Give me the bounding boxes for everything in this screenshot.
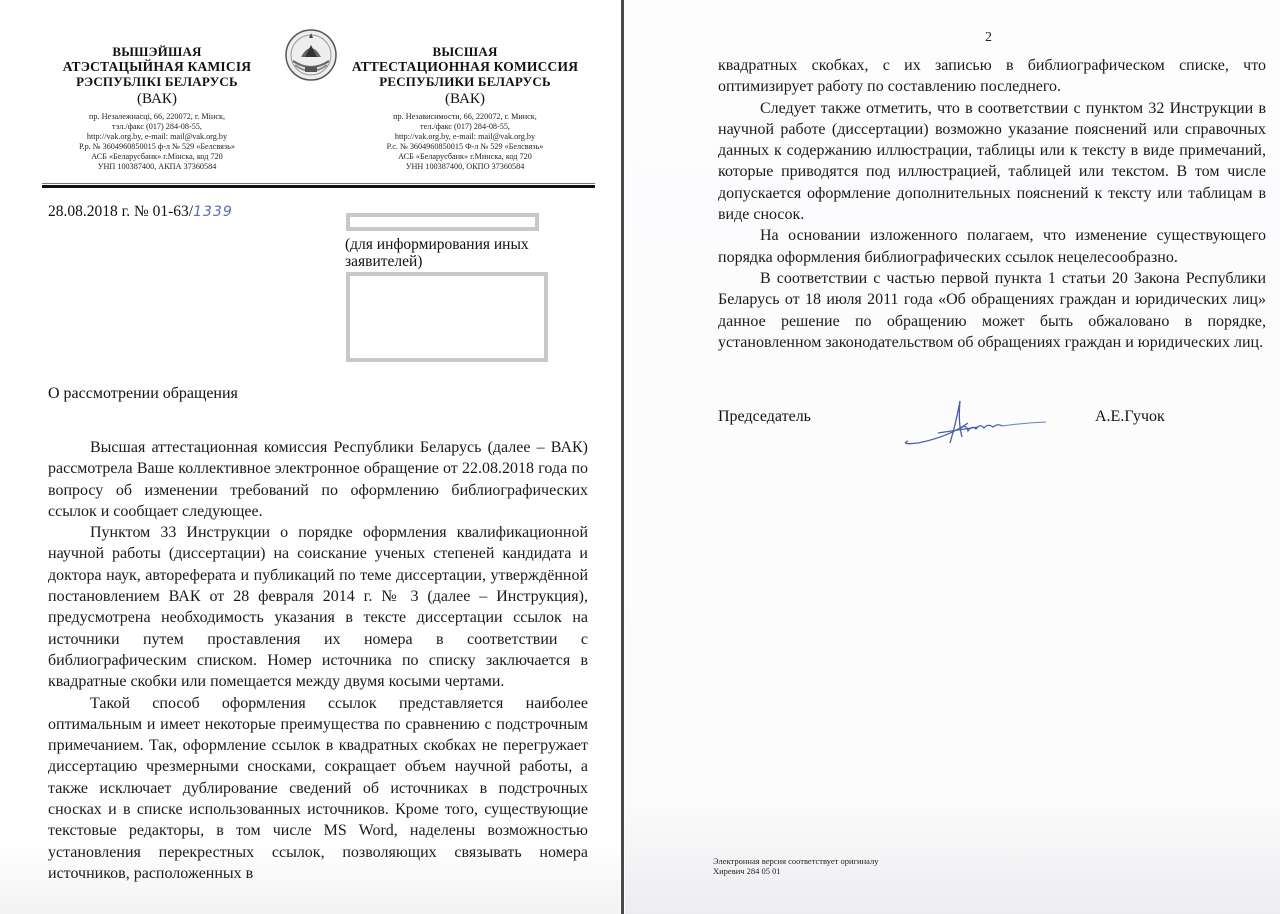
letterhead-detail-line: пр. Незалежнасці, 66, 220072, г. Мінск, bbox=[42, 112, 272, 122]
page-number: 2 bbox=[985, 30, 992, 46]
signatory-name: А.Е.Гучок bbox=[1095, 408, 1165, 426]
letter-body-page-2: квадратных скобках, с их записью в библи… bbox=[718, 55, 1266, 353]
letterhead-title-line: АТТЕСТАЦИОННАЯ КОМИССИЯ bbox=[340, 59, 590, 74]
reference-handwritten-number: 1339 bbox=[193, 204, 233, 220]
letterhead-detail-line: АСБ «Беларусбанк» г.Минска, код 720 bbox=[340, 152, 590, 162]
footer-line: Хиревич 284 05 01 bbox=[713, 866, 878, 876]
letterhead-details: пр. Незалежнасці, 66, 220072, г. Мінск, … bbox=[42, 112, 272, 172]
letterhead-rule bbox=[42, 185, 595, 188]
letterhead-detail-line: http://vak.org.by, e-mail: mail@vak.org.… bbox=[340, 132, 590, 142]
letterhead-title-line: РЕСПУБЛИКИ БЕЛАРУСЬ bbox=[340, 74, 590, 89]
footer-note: Электронная версия соответствует оригина… bbox=[713, 856, 878, 876]
body-paragraph: Пунктом 33 Инструкции о порядке оформлен… bbox=[48, 522, 588, 692]
letterhead-detail-line: АСБ «Беларусбанк» г.Мінска, код 720 bbox=[42, 152, 272, 162]
body-paragraph: В соответствии с частью первой пункта 1 … bbox=[718, 268, 1266, 353]
letterhead-detail-line: УНП 100387400, АКПА 37360584 bbox=[42, 162, 272, 172]
letterhead-detail-line: пр. Независимости, 66, 220072, г. Минск, bbox=[340, 112, 590, 122]
state-emblem-icon bbox=[283, 27, 339, 83]
letterhead-russian: ВЫСШАЯ АТТЕСТАЦИОННАЯ КОМИССИЯ РЕСПУБЛИК… bbox=[340, 44, 590, 172]
letter-body-page-1: Высшая аттестационная комиссия Республик… bbox=[48, 437, 588, 884]
body-paragraph: На основании изложенного полагаем, что и… bbox=[718, 225, 1266, 268]
letterhead-detail-line: тел./факс (017) 284-08-55, bbox=[340, 122, 590, 132]
page-divider bbox=[621, 0, 624, 914]
footer-line: Электронная версия соответствует оригина… bbox=[713, 856, 878, 866]
letterhead-belarusian: ВЫШЭЙШАЯ АТЭСТАЦЫЙНАЯ КАМІСІЯ РЭСПУБЛІКІ… bbox=[42, 44, 272, 172]
signature-block: Председатель А.Е.Гучок bbox=[718, 405, 1278, 455]
letterhead-title-line: ВЫШЭЙШАЯ bbox=[42, 44, 272, 59]
letterhead-title-line: АТЭСТАЦЫЙНАЯ КАМІСІЯ bbox=[42, 59, 272, 74]
body-paragraph-continuation: квадратных скобках, с их записью в библи… bbox=[718, 55, 1266, 98]
signatory-title: Председатель bbox=[718, 408, 811, 426]
redacted-addressee-address bbox=[346, 272, 548, 362]
letterhead-rule-thin bbox=[42, 183, 595, 184]
handwritten-signature-icon bbox=[898, 393, 1048, 453]
letterhead-detail-line: тэл./факс (017) 284-08-55, bbox=[42, 122, 272, 132]
letterhead-abbr: (ВАК) bbox=[42, 90, 272, 108]
letterhead-detail-line: УНН 100387400, ОКПО 37360584 bbox=[340, 162, 590, 172]
letterhead-details: пр. Независимости, 66, 220072, г. Минск,… bbox=[340, 112, 590, 172]
reference-number: 28.08.2018 г. № 01-63/1339 bbox=[48, 203, 233, 221]
letter-page-1: ВЫШЭЙШАЯ АТЭСТАЦЫЙНАЯ КАМІСІЯ РЭСПУБЛІКІ… bbox=[0, 0, 620, 914]
body-paragraph: Следует также отметить, что в соответств… bbox=[718, 98, 1266, 226]
letterhead-detail-line: Р.с. № 3604960850015 Ф-л № 529 «Белсвязь… bbox=[340, 142, 590, 152]
addressee-note: (для информирования иных заявителей) bbox=[345, 236, 565, 270]
letter-subject: О рассмотрении обращения bbox=[48, 385, 238, 403]
reference-printed: 28.08.2018 г. № 01-63/ bbox=[48, 203, 193, 220]
letterhead-detail-line: Р.р. № 3604960850015 ф-л № 529 «Белсвязь… bbox=[42, 142, 272, 152]
letterhead-title-line: РЭСПУБЛІКІ БЕЛАРУСЬ bbox=[42, 74, 272, 89]
body-paragraph: Высшая аттестационная комиссия Республик… bbox=[48, 437, 588, 522]
body-paragraph: Такой способ оформления ссылок представл… bbox=[48, 693, 588, 885]
letterhead-abbr: (ВАК) bbox=[340, 90, 590, 108]
redacted-addressee-name bbox=[346, 213, 539, 231]
letterhead-detail-line: http://vak.org.by, e-mail: mail@vak.org.… bbox=[42, 132, 272, 142]
letterhead-title-line: ВЫСШАЯ bbox=[340, 44, 590, 59]
